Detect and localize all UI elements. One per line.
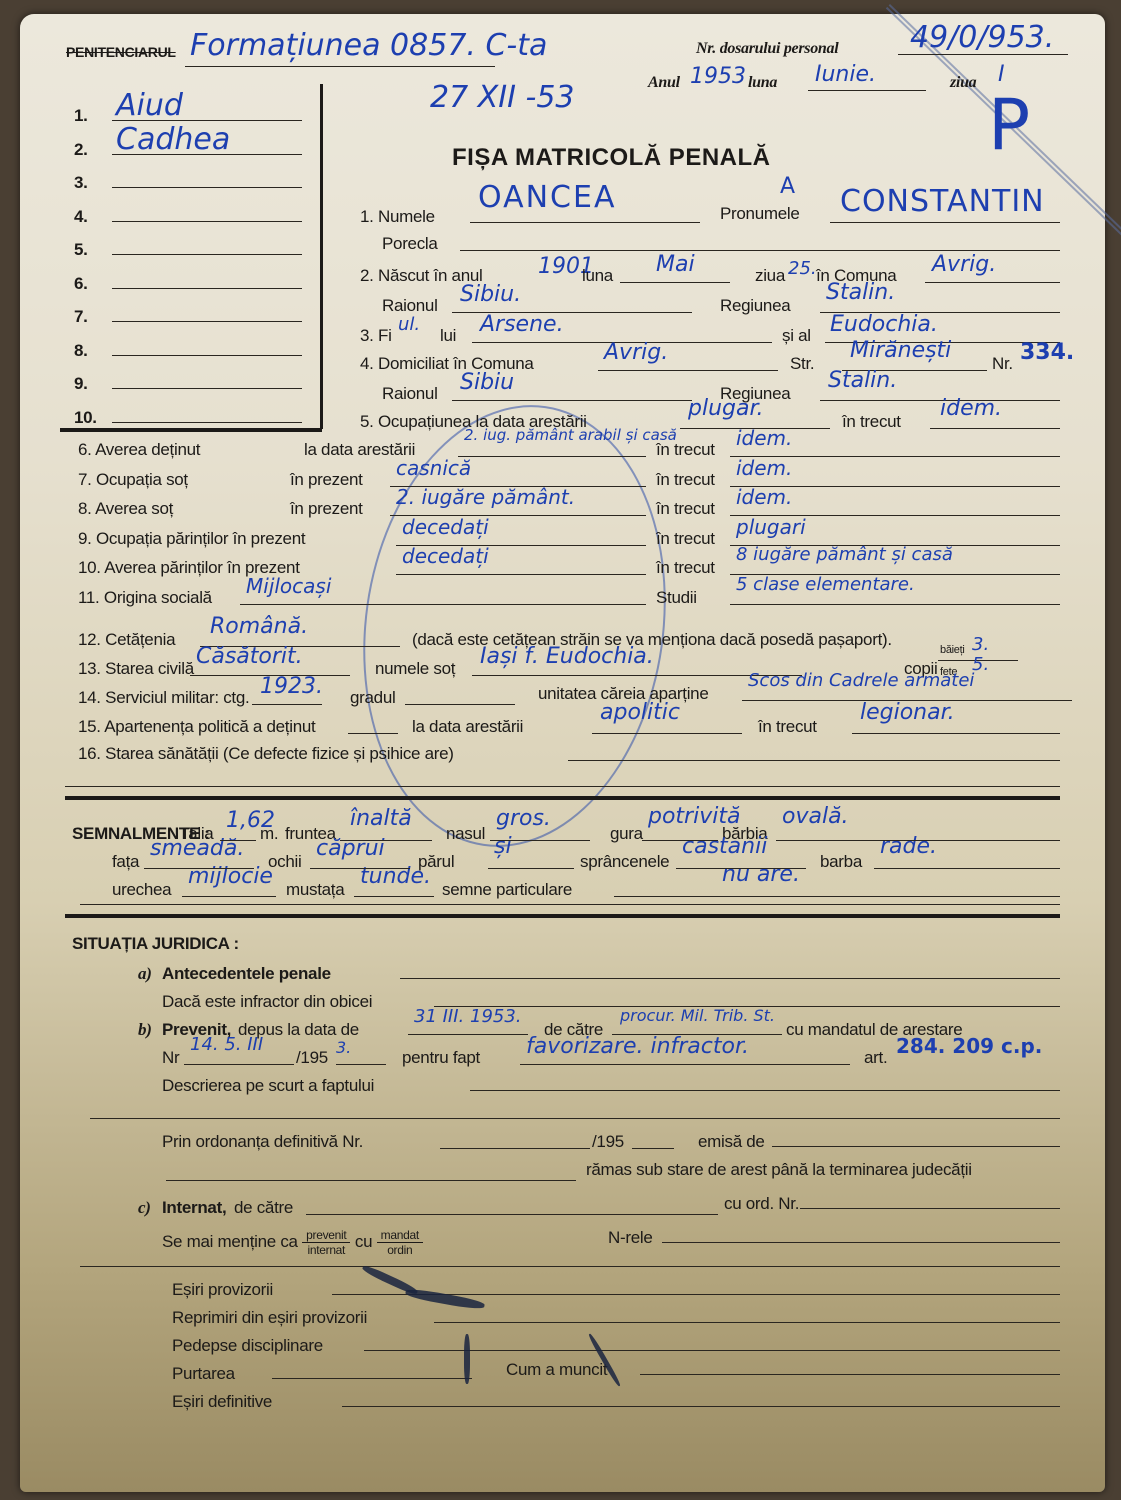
pronumele-label: Pronumele	[720, 204, 800, 224]
row-past-value: plugari	[736, 515, 806, 539]
initial-mark: P	[988, 84, 1030, 166]
ink-smudge	[464, 1334, 470, 1384]
b-letter: b)	[138, 1020, 152, 1040]
porecla-label: Porecla	[382, 234, 438, 254]
starea-civila-value: Căsătorit.	[196, 644, 303, 669]
ord-label: cu ord. Nr.	[724, 1194, 799, 1214]
fapt-label: pentru fapt	[402, 1048, 480, 1068]
row-present-value: 2. iugăre pământ.	[396, 485, 575, 509]
nr-mandat-label: Nr	[162, 1048, 179, 1068]
mentine-label: Se mai menține ca	[162, 1232, 298, 1251]
nr-value: 334.	[1020, 340, 1074, 365]
anul-value: 1953	[690, 64, 746, 89]
grad-label: gradul	[350, 688, 395, 708]
baieti-value: 3.	[972, 634, 989, 655]
barbia-value: ovală.	[782, 804, 849, 829]
fiul-label: 3. Fi	[360, 326, 392, 346]
fata-label: fața	[112, 852, 139, 872]
date-note: 27 XII -53	[430, 80, 575, 115]
politica-trecut-label: în trecut	[758, 717, 817, 737]
spouse-value: Iași f. Eudochia.	[480, 644, 654, 669]
mustata-label: mustața	[286, 880, 344, 900]
nascut-ziua-value: 25.	[788, 258, 817, 279]
ramas-label: rămas sub stare de arest până la termina…	[586, 1160, 972, 1180]
frac2-top: mandat	[377, 1228, 423, 1243]
row-label: 11. Origina socială	[78, 588, 212, 608]
internat-label: Internat,	[162, 1198, 226, 1218]
side-list-value: Aiud	[116, 88, 183, 123]
starea-civila-label: 13. Starea civilă	[78, 659, 194, 679]
depus-value: 31 III. 1953.	[414, 1006, 522, 1027]
dosar-value: 49/0/953.	[910, 20, 1054, 55]
nasul-label: nasul	[446, 824, 485, 844]
obicei-label: Dacă este infractor din obicei	[162, 992, 372, 1012]
row-mid-label: în prezent	[290, 499, 363, 519]
mama-value: Eudochia.	[830, 312, 938, 337]
semne-label: semne particulare	[442, 880, 572, 900]
tata-value: Arsene.	[480, 312, 564, 337]
frac1-bot: internat	[307, 1243, 345, 1257]
nascut-luna-label: luna	[582, 266, 613, 286]
politica-trecut-value: legionar.	[860, 700, 955, 725]
militar-label: 14. Serviciul militar: ctg.	[78, 688, 249, 708]
gura-label: gura	[610, 824, 643, 844]
fruntea-value: înaltă	[350, 806, 412, 831]
politica-label: 15. Apartenența politică a deținut	[78, 717, 315, 737]
fete-value: 5.	[972, 654, 989, 675]
raionul2-value: Sibiu	[460, 370, 514, 395]
cum-a-muncit-label: Cum a muncit	[506, 1360, 607, 1380]
semne-value: nu are.	[722, 862, 800, 887]
talia-unit: m.	[260, 824, 278, 844]
urechea-label: urechea	[112, 880, 171, 900]
penal-record-card: PENITENCIARUL Formațiunea 0857. C-ta Nr.…	[20, 14, 1105, 1492]
lui-label: lui	[440, 326, 456, 346]
nascut-ziua-label: ziua	[755, 266, 785, 286]
row-past-label: în trecut	[656, 440, 715, 460]
cu-label: cu	[355, 1232, 372, 1251]
fiul-value: ul.	[398, 314, 420, 335]
anul-label: Anul	[648, 74, 680, 92]
row-past-value: idem.	[736, 426, 792, 450]
comuna-value: Avrig.	[932, 252, 996, 277]
side-list-num: 10.	[74, 408, 97, 428]
str-label: Str.	[790, 354, 814, 374]
side-list-num: 2.	[74, 140, 88, 160]
side-list-num: 6.	[74, 274, 88, 294]
side-list-num: 8.	[74, 341, 88, 361]
raionul2-label: Raionul	[382, 384, 438, 404]
row-label: 6. Averea deținut	[78, 440, 200, 460]
c-letter: c)	[138, 1198, 151, 1218]
pronumele-mark: A	[780, 174, 795, 199]
numele-label: 1. Numele	[360, 207, 435, 227]
parul-value: și	[494, 834, 512, 859]
art-value: 284. 209 c.p.	[896, 1034, 1042, 1058]
row-present-value: decedați	[402, 544, 489, 568]
ctg-value: 1923.	[260, 674, 323, 699]
nascut-luna-value: Mai	[656, 252, 695, 277]
fraction-prevenit-internat: prevenitinternat	[302, 1228, 350, 1257]
ocupatia-trecut-label: în trecut	[842, 412, 901, 432]
barba-value: rade.	[880, 834, 937, 859]
sprancenele-label: sprâncenele	[580, 852, 669, 872]
ink-smudge	[405, 1287, 486, 1311]
sprancenele-value: castanii	[682, 834, 767, 859]
ocupatia-value: plugar.	[688, 396, 764, 421]
mentine-row: Se mai menține ca prevenitinternat cu ma…	[162, 1228, 423, 1257]
ochii-label: ochii	[268, 852, 301, 872]
row-present-value: decedați	[402, 515, 489, 539]
penitenciar-label: PENITENCIARUL	[66, 44, 176, 60]
internat-catre-label: de către	[234, 1198, 293, 1218]
nasul-value: gros.	[496, 806, 551, 831]
side-list-num: 9.	[74, 374, 88, 394]
row-past-label: în trecut	[656, 470, 715, 490]
row-label: 8. Averea soț	[78, 499, 173, 519]
side-list-num: 4.	[74, 207, 88, 227]
sanatate-label: 16. Starea sănătății (Ce defecte fizice …	[78, 744, 454, 764]
antecedente-label: Antecedentele penale	[162, 964, 331, 984]
row-mid-label: în prezent	[290, 470, 363, 490]
cetatenia-value: Română.	[210, 614, 308, 639]
regiunea2-value: Stalin.	[828, 368, 897, 393]
row-past-label: în trecut	[656, 499, 715, 519]
dosar-label: Nr. dosarului personal	[696, 40, 838, 58]
barba-label: barba	[820, 852, 862, 872]
row-label: 7. Ocupația soț	[78, 470, 188, 490]
row-past-value: 5 clase elementare.	[736, 574, 915, 595]
politica-mid-label: la data arestării	[412, 717, 523, 737]
document-title: FIȘA MATRICOLĂ PENALĂ	[452, 144, 770, 172]
row-present-value: Mijlocași	[246, 574, 331, 598]
side-list-num: 7.	[74, 307, 88, 327]
row-past-label: Studii	[656, 588, 697, 608]
row-present-value: casnică	[396, 456, 471, 480]
strada-value: Mirănești	[850, 338, 951, 363]
raionul-value: Sibiu.	[460, 282, 521, 307]
esiri-definitive-label: Eșiri definitive	[172, 1392, 272, 1412]
spouse-label: numele soț	[375, 659, 455, 679]
regiunea-value: Stalin.	[826, 280, 895, 305]
nr-mandat-value: 14. 5. III	[190, 1034, 263, 1055]
nrele-label: N-rele	[608, 1228, 653, 1248]
frac2-bot: ordin	[387, 1243, 412, 1257]
pedepse-label: Pedepse disciplinare	[172, 1336, 323, 1356]
penitenciar-value: Formațiunea 0857. C-ta	[190, 28, 547, 63]
raionul-label: Raionul	[382, 296, 438, 316]
an-suffix: 3.	[336, 1038, 351, 1057]
row-past-value: idem.	[736, 485, 792, 509]
frac1-top: prevenit	[302, 1228, 350, 1243]
baieti-label: băieți	[940, 644, 965, 656]
row-past-value: 8 iugăre pământ și casă	[736, 544, 953, 565]
juridica-heading: SITUAȚIA JURIDICA :	[72, 934, 239, 954]
nr-label: Nr.	[992, 354, 1013, 374]
ocupatia-trecut-value: idem.	[940, 396, 1002, 421]
luna-value: Iunie.	[815, 62, 876, 87]
reprimiri-label: Reprimiri din eșiri provizorii	[172, 1308, 367, 1328]
row-past-label: în trecut	[656, 529, 715, 549]
catre-value: procur. Mil. Trib. St.	[620, 1006, 775, 1025]
politica-prezent-value: apolitic	[600, 700, 680, 725]
numele-value: OANCEA	[478, 180, 616, 215]
unitate-value: Scos din Cadrele armatei	[748, 670, 974, 691]
ordonanta-label: Prin ordonanța definitivă Nr.	[162, 1132, 363, 1152]
fapt-value: favorizare. infractor.	[526, 1034, 749, 1059]
si-al-label: și al	[782, 326, 811, 346]
row-present-value: 2. iug. pământ arabil și casă	[464, 426, 677, 444]
side-list-num: 1.	[74, 106, 88, 126]
luna-label: luna	[748, 74, 777, 92]
an-prefix: /195	[296, 1048, 328, 1068]
ziua-label: ziua	[950, 74, 976, 92]
regiunea-label: Regiunea	[720, 296, 790, 316]
row-past-label: în trecut	[656, 558, 715, 578]
row-past-value: idem.	[736, 456, 792, 480]
esiri-provizorii-label: Eșiri provizorii	[172, 1280, 273, 1300]
domiciliat-value: Avrig.	[604, 340, 668, 365]
side-list-num: 5.	[74, 240, 88, 260]
ordonanta-an: /195	[592, 1132, 624, 1152]
pronumele-value: CONSTANTIN	[840, 184, 1045, 219]
row-label: 9. Ocupația părinților în prezent	[78, 529, 305, 549]
purtarea-label: Purtarea	[172, 1364, 235, 1384]
a-letter: a)	[138, 964, 152, 984]
descriere-label: Descrierea pe scurt a faptului	[162, 1076, 374, 1096]
side-list-value: Cadhea	[116, 122, 230, 157]
cetatenia-label: 12. Cetățenia	[78, 630, 175, 650]
art-label: art.	[864, 1048, 887, 1068]
emisa-label: emisă de	[698, 1132, 765, 1152]
side-list-num: 3.	[74, 173, 88, 193]
fraction-mandat-ordin: mandatordin	[377, 1228, 423, 1257]
